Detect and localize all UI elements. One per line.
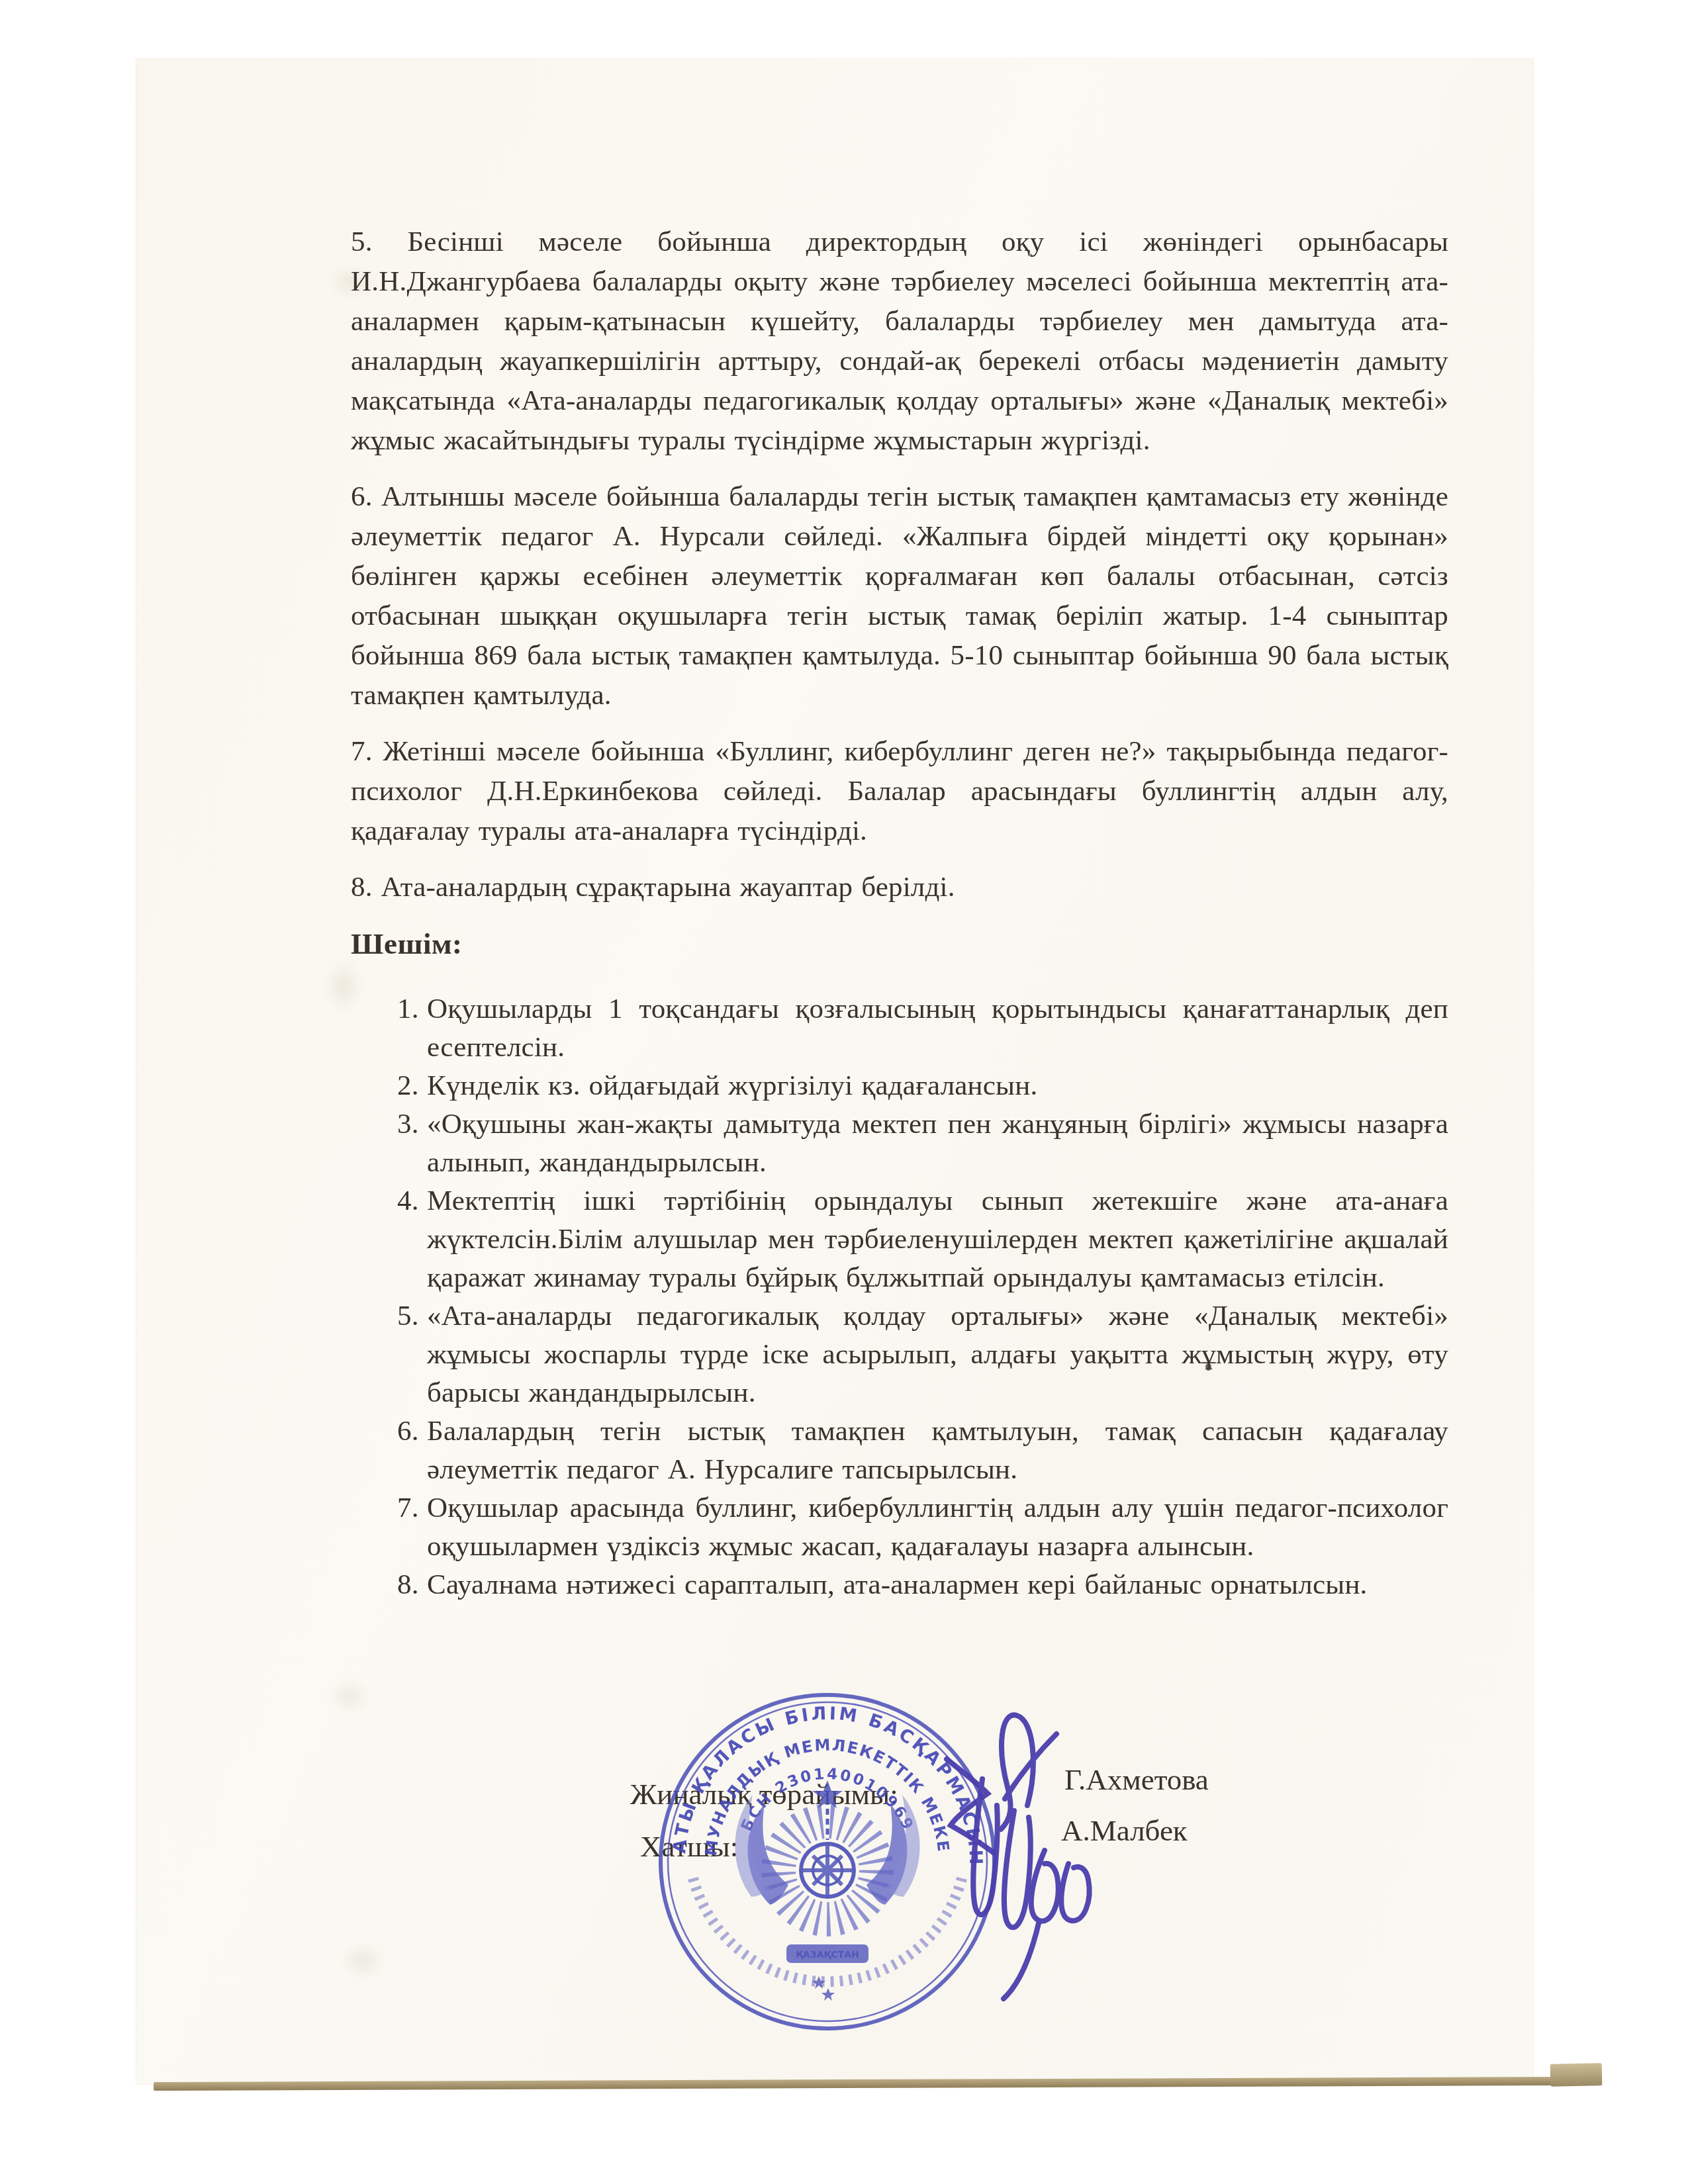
decision-item: 2.Күнделік кз. ойдағыдай жүргізілуі қада… <box>397 1067 1448 1105</box>
decision-item: 1.Оқушыларды 1 тоқсандағы қозғалысының қ… <box>397 990 1448 1067</box>
decision-text: Оқушылар арасында буллинг, кибербуллингт… <box>427 1489 1448 1566</box>
scan-speck <box>1205 1363 1211 1371</box>
kazakhstan-emblem-icon <box>735 1780 919 2001</box>
decision-text: «Оқушыны жан-жақты дамытуда мектеп пен ж… <box>427 1105 1448 1182</box>
stamp-country-banner-text: ҚАЗАҚСТАН <box>796 1950 859 1960</box>
paragraph-5: 5. Бесінші мәселе бойынша директордың оқ… <box>351 222 1448 461</box>
scan-smudge <box>341 1943 385 1979</box>
decision-list: 1.Оқушыларды 1 тоқсандағы қозғалысының қ… <box>397 990 1448 1604</box>
decision-item: 4.Мектептің ішкі тәртібінің орындалуы сы… <box>397 1182 1448 1297</box>
decision-number: 7. <box>397 1489 427 1527</box>
decision-number: 6. <box>397 1412 427 1451</box>
decision-text: Сауалнама нәтижесі сарапталып, ата-анала… <box>427 1566 1448 1604</box>
decision-item: 5.«Ата-аналарды педагогикалық қолдау орт… <box>397 1297 1448 1412</box>
decision-text: Балалардың тегін ыстық тамақпен қамтылуы… <box>427 1412 1448 1489</box>
paragraph-6: 6. Алтыншы мәселе бойынша балаларды тегі… <box>351 477 1448 715</box>
paragraph-8: 8. Ата-аналардың сұрақтарына жауаптар бе… <box>351 868 1448 907</box>
decision-number: 5. <box>397 1297 427 1336</box>
paragraph-7: 7. Жетінші мәселе бойынша «Буллинг, кибе… <box>351 732 1448 851</box>
page-bottom-edge-corner <box>1550 2063 1603 2087</box>
decision-item: 7.Оқушылар арасында буллинг, кибербуллин… <box>397 1489 1448 1566</box>
decision-number: 1. <box>397 990 427 1028</box>
decision-number: 4. <box>397 1182 427 1220</box>
decision-item: 8.Сауалнама нәтижесі сарапталып, ата-ана… <box>397 1566 1448 1604</box>
decision-item: 6.Балалардың тегін ыстық тамақпен қамтыл… <box>397 1412 1448 1489</box>
decision-text: Оқушыларды 1 тоқсандағы қозғалысының қор… <box>427 990 1448 1067</box>
document-body: 5. Бесінші мәселе бойынша директордың оқ… <box>351 222 1448 1604</box>
decision-text: «Ата-аналарды педагогикалық қолдау ортал… <box>427 1297 1448 1412</box>
decision-number: 3. <box>397 1105 427 1144</box>
decision-number: 8. <box>397 1566 427 1604</box>
decision-text: Күнделік кз. ойдағыдай жүргізілуі қадаға… <box>427 1067 1448 1105</box>
decision-item: 3.«Оқушыны жан-жақты дамытуда мектеп пен… <box>397 1105 1448 1182</box>
handwritten-signature <box>927 1693 1192 2064</box>
decision-text: Мектептің ішкі тәртібінің орындалуы сыны… <box>427 1182 1448 1297</box>
scan-smudge <box>329 1680 370 1713</box>
decision-heading: Шешім: <box>351 924 1448 964</box>
decision-number: 2. <box>397 1067 427 1105</box>
